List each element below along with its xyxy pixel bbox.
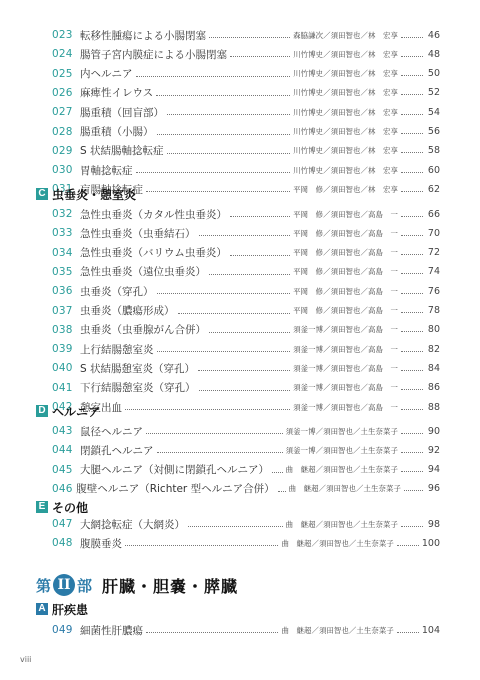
entry-page: 80 [426,324,440,335]
part-title: 肝臓・胆嚢・膵臓 [102,574,238,597]
entry-title: 急性虫垂炎（虫垂結石） [80,226,196,241]
entry-number: 026 [52,87,80,99]
entry-number: 040 [52,362,80,374]
entry-page: 56 [426,126,440,137]
dot-leader [178,312,291,314]
entry-title: 細菌性肝膿瘍 [80,623,143,638]
entry-page: 62 [426,184,440,195]
part-heading: 第 II 部 肝臓・胆嚢・膵臓 [36,572,238,598]
entry-authors: 川竹博史／須田智也／林 宏享 [293,68,398,79]
entry-title: 虫垂炎（虫垂腺がん合併） [80,322,206,337]
entry-authors: 曲 継超／須田智也／土生奈菜子 [281,625,393,636]
dot-leader [401,216,423,217]
toc-entry[interactable]: 045大腿ヘルニア（対側に閉鎖孔ヘルニア）曲 継超／須田智也／土生奈菜子94 [52,461,440,479]
dot-leader [401,133,423,134]
dot-leader [209,273,290,275]
entry-title: 鼠径ヘルニア [80,424,143,439]
entry-page: 58 [426,145,440,156]
dot-leader [167,152,291,154]
dot-leader [230,254,290,256]
dot-leader [401,254,423,255]
entry-authors: 曲 継超／須田智也／土生奈菜子 [289,483,401,494]
entry-authors: 曲 継超／須田智也／土生奈菜子 [281,538,393,549]
dot-leader [209,36,290,38]
toc-page: 023転移性腫瘍による小腸閉塞森脇謙次／須田智也／林 宏享46024腸管子宮内膜… [0,0,480,680]
dot-leader [188,525,283,527]
toc-entry[interactable]: 025内ヘルニア川竹博史／須田智也／林 宏享50 [52,65,440,83]
entry-number: 048 [52,537,80,549]
entry-page: 74 [426,266,440,277]
entry-page: 86 [426,382,440,393]
entry-title: 閉鎖孔ヘルニア [80,443,154,458]
entry-page: 94 [426,464,440,475]
entry-page: 46 [426,30,440,41]
entry-number: 028 [52,126,80,138]
entry-number: 049 [52,624,80,636]
entry-page: 54 [426,107,440,118]
dot-leader [146,432,283,434]
entry-title: 腸重積（小腸） [80,124,154,139]
entry-authors: 川竹博史／須田智也／林 宏享 [293,145,398,156]
entry-number: 047 [52,518,80,530]
entry-title: 急性虫垂炎（バリウム虫垂炎） [80,245,227,260]
toc-entry[interactable]: 026麻痺性イレウス川竹博史／須田智也／林 宏享52 [52,84,440,102]
entry-number: 036 [52,285,80,297]
toc-entry[interactable]: 042憩室出血須釜一博／須田智也／高島 一88 [52,398,440,416]
toc-entry[interactable]: 032急性虫垂炎（カタル性虫垂炎）平岡 修／須田智也／高島 一66 [52,205,440,223]
dot-leader [157,292,291,294]
entry-number: 035 [52,266,80,278]
toc-entry[interactable]: 033急性虫垂炎（虫垂結石）平岡 修／須田智也／高島 一70 [52,224,440,242]
entry-authors: 川竹博史／須田智也／林 宏享 [293,49,398,60]
dot-leader [157,350,291,352]
entry-number: 046 [52,483,76,495]
entry-title: 急性虫垂炎（遠位虫垂炎） [80,264,206,279]
section-badge: D [36,405,48,417]
entry-title: 転移性腫瘍による小腸閉塞 [80,28,206,43]
toc-entry[interactable]: 029S 状結腸軸捻転症川竹博史／須田智也／林 宏享58 [52,142,440,160]
section-heading-d: D ヘルニア [36,402,100,420]
dot-leader [230,55,290,57]
entry-page: 70 [426,228,440,239]
dot-leader [401,273,423,274]
entry-page: 48 [426,49,440,60]
dot-leader [401,152,423,153]
toc-entry[interactable]: 047大網捻転症（大網炎）曲 継超／須田智也／土生奈菜子98 [52,515,440,533]
entry-title: 腹膜垂炎 [80,536,122,551]
toc-entry[interactable]: 048腹膜垂炎曲 継超／須田智也／土生奈菜子100 [52,534,440,552]
entry-title: 急性虫垂炎（カタル性虫垂炎） [80,207,227,222]
toc-entry[interactable]: 041下行結腸憩室炎（穿孔）須釜一博／須田智也／高島 一86 [52,379,440,397]
entry-page: 90 [426,426,440,437]
entry-page: 84 [426,363,440,374]
dot-leader [401,351,423,352]
entry-title: 腹壁ヘルニア（Richter 型ヘルニア合併） [76,481,274,496]
entry-number: 024 [52,48,80,60]
dot-leader [401,452,423,453]
entry-authors: 平岡 修／須田智也／高島 一 [293,266,398,277]
entry-page: 78 [426,305,440,316]
dot-leader [157,133,291,135]
dot-leader [198,369,290,371]
entry-number: 037 [52,305,80,317]
toc-entry[interactable]: 023転移性腫瘍による小腸閉塞森脇謙次／須田智也／林 宏享46 [52,26,440,44]
entry-page: 82 [426,344,440,355]
entry-page: 100 [422,538,440,549]
dot-leader [199,234,291,236]
entry-authors: 須釜一博／須田智也／土生奈菜子 [286,445,398,456]
entry-page: 76 [426,286,440,297]
entry-title: 腸管子宮内膜症による小腸閉塞 [80,47,227,62]
entry-number: 032 [52,208,80,220]
entry-number: 041 [52,382,80,394]
dot-leader [146,631,278,633]
section-heading-e: E その他 [36,498,88,516]
section-badge: C [36,188,48,200]
toc-entry[interactable]: 036虫垂炎（穿孔）平岡 修／須田智也／高島 一76 [52,282,440,300]
dot-leader [209,331,290,333]
page-folio: viii [20,655,31,664]
entry-title: 麻痺性イレウス [80,85,153,100]
entry-number: 033 [52,227,80,239]
dot-leader [146,190,290,192]
entry-title: S 状結腸憩室炎（穿孔） [80,361,195,376]
section-title: 虫垂炎・憩室炎 [52,186,136,203]
section-title: ヘルニア [52,403,100,420]
entry-authors: 須釜一博／須田智也／高島 一 [293,344,398,355]
dot-leader [401,331,423,332]
entry-authors: 川竹博史／須田智也／林 宏享 [293,87,398,98]
dot-leader [397,545,419,546]
dot-leader [401,370,423,371]
entry-authors: 須釜一博／須田智也／高島 一 [293,402,398,413]
entry-page: 98 [426,519,440,530]
entry-number: 027 [52,106,80,118]
dot-leader [401,312,423,313]
dot-leader [401,409,423,410]
dot-leader [125,544,278,546]
toc-entry[interactable]: 039上行結腸憩室炎須釜一博／須田智也／高島 一82 [52,340,440,358]
entry-page: 92 [426,445,440,456]
entry-authors: 平岡 修／須田智也／高島 一 [293,209,398,220]
toc-entry[interactable]: 024腸管子宮内膜症による小腸閉塞川竹博史／須田智也／林 宏享48 [52,45,440,63]
entry-title: 虫垂炎（穿孔） [80,284,154,299]
toc-entry[interactable]: 035急性虫垂炎（遠位虫垂炎）平岡 修／須田智也／高島 一74 [52,263,440,281]
dot-leader [136,171,291,173]
entry-authors: 平岡 修／須田智也／高島 一 [293,305,398,316]
dot-leader [401,37,423,38]
entry-number: 023 [52,29,80,41]
entry-authors: 須釜一博／須田智也／高島 一 [293,324,398,335]
part-suffix: 部 [77,575,92,596]
dot-leader [401,471,423,472]
entry-authors: 川竹博史／須田智也／林 宏享 [293,107,398,118]
section-badge: A [36,603,48,615]
entry-number: 030 [52,164,80,176]
entry-title: 内ヘルニア [80,66,133,81]
entry-authors: 曲 継超／須田智也／土生奈菜子 [286,464,398,475]
dot-leader [401,191,423,192]
entry-page: 88 [426,402,440,413]
dot-leader [156,94,290,96]
entry-authors: 平岡 修／須田智也／高島 一 [293,228,398,239]
toc-entry[interactable]: 030胃軸捻転症川竹博史／須田智也／林 宏享60 [52,161,440,179]
entry-title: 下行結腸憩室炎（穿孔） [80,380,196,395]
entry-number: 045 [52,464,80,476]
entry-page: 96 [426,483,440,494]
entry-page: 52 [426,87,440,98]
part-prefix: 第 [36,575,51,596]
dot-leader [272,471,283,473]
dot-leader [230,215,290,217]
entry-page: 60 [426,165,440,176]
entry-authors: 森脇謙次／須田智也／林 宏享 [293,30,398,41]
entry-title: S 状結腸軸捻転症 [80,143,164,158]
entry-page: 104 [422,625,440,636]
dot-leader [401,172,423,173]
dot-leader [167,113,290,115]
entry-number: 039 [52,343,80,355]
entry-page: 66 [426,209,440,220]
entry-authors: 平岡 修／須田智也／高島 一 [293,247,398,258]
entry-number: 034 [52,247,80,259]
dot-leader [397,632,419,633]
toc-entry[interactable]: 043鼠径ヘルニア須釜一博／須田智也／土生奈菜子90 [52,422,440,440]
entry-title: 大網捻転症（大網炎） [80,517,185,532]
section-title: その他 [52,499,88,516]
part-numeral-badge: II [53,574,75,596]
entry-number: 038 [52,324,80,336]
dot-leader [136,75,291,77]
entry-number: 044 [52,444,80,456]
toc-entry[interactable]: 046腹壁ヘルニア（Richter 型ヘルニア合併）曲 継超／須田智也／土生奈菜… [52,480,440,498]
entry-authors: 須釜一博／須田智也／高島 一 [293,382,398,393]
toc-entry[interactable]: 034急性虫垂炎（バリウム虫垂炎）平岡 修／須田智也／高島 一72 [52,244,440,262]
toc-entry[interactable]: 038虫垂炎（虫垂腺がん合併）須釜一博／須田智也／高島 一80 [52,321,440,339]
dot-leader [157,451,283,453]
toc-entry[interactable]: 028腸重積（小腸）川竹博史／須田智也／林 宏享56 [52,123,440,141]
dot-leader [401,526,423,527]
entry-page: 72 [426,247,440,258]
dot-leader [401,433,423,434]
entry-title: 虫垂炎（膿瘍形成） [80,303,175,318]
entry-title: 胃軸捻転症 [80,163,133,178]
entry-number: 025 [52,68,80,80]
dot-leader [125,408,290,410]
dot-leader [278,490,286,492]
entry-title: 上行結腸憩室炎 [80,342,154,357]
dot-leader [401,389,423,390]
dot-leader [401,235,423,236]
dot-leader [401,293,423,294]
toc-entry[interactable]: 037虫垂炎（膿瘍形成）平岡 修／須田智也／高島 一78 [52,302,440,320]
dot-leader [401,114,423,115]
entry-authors: 平岡 修／須田智也／高島 一 [293,286,398,297]
toc-entry[interactable]: 044閉鎖孔ヘルニア須釜一博／須田智也／土生奈菜子92 [52,441,440,459]
dot-leader [404,490,423,491]
toc-entry[interactable]: 040S 状結腸憩室炎（穿孔）須釜一博／須田智也／高島 一84 [52,359,440,377]
dot-leader [401,56,423,57]
dot-leader [401,94,423,95]
section-badge: E [36,501,48,513]
entry-authors: 須釜一博／須田智也／土生奈菜子 [286,426,398,437]
dot-leader [199,389,291,391]
entry-title: 腸重積（回盲部） [80,105,164,120]
dot-leader [401,75,423,76]
section-heading-c: C 虫垂炎・憩室炎 [36,185,136,203]
section-title: 肝疾患 [52,601,88,618]
section-heading-a: A 肝疾患 [36,600,88,618]
entry-number: 029 [52,145,80,157]
toc-entry[interactable]: 049細菌性肝膿瘍曲 継超／須田智也／土生奈菜子104 [52,621,440,639]
entry-number: 043 [52,425,80,437]
entry-page: 50 [426,68,440,79]
entry-authors: 平岡 修／須田智也／林 宏享 [293,184,398,195]
entry-authors: 曲 継超／須田智也／土生奈菜子 [286,519,398,530]
entry-title: 大腿ヘルニア（対側に閉鎖孔ヘルニア） [80,462,269,477]
entry-authors: 川竹博史／須田智也／林 宏享 [293,126,398,137]
entry-authors: 川竹博史／須田智也／林 宏享 [293,165,398,176]
toc-entry[interactable]: 027腸重積（回盲部）川竹博史／須田智也／林 宏享54 [52,103,440,121]
entry-authors: 須釜一博／須田智也／高島 一 [293,363,398,374]
